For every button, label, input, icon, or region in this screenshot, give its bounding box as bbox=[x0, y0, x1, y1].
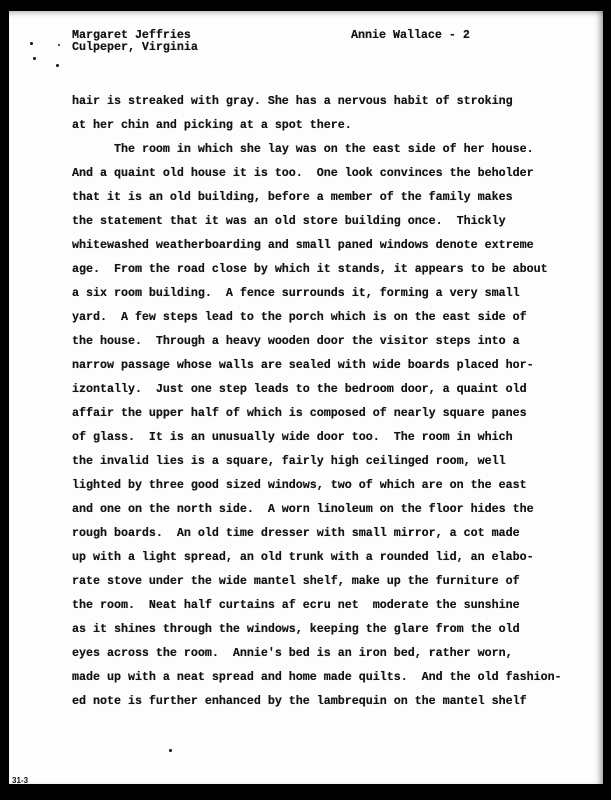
body-line: the house. Through a heavy wooden door t… bbox=[72, 335, 520, 347]
ink-speck bbox=[58, 44, 60, 46]
body-line: ed note is further enhanced by the lambr… bbox=[72, 695, 527, 707]
body-line: rate stove under the wide mantel shelf, … bbox=[72, 575, 520, 587]
body-line: And a quaint old house it is too. One lo… bbox=[72, 167, 534, 179]
body-line: age. From the road close by which it sta… bbox=[72, 263, 548, 275]
ink-speck bbox=[169, 749, 172, 752]
body-line: the invalid lies is a square, fairly hig… bbox=[72, 455, 506, 467]
body-line: lighted by three good sized windows, two… bbox=[72, 479, 527, 491]
body-line: the statement that it was an old store b… bbox=[72, 215, 506, 227]
ink-speck bbox=[33, 57, 36, 60]
body-line: izontally. Just one step leads to the be… bbox=[72, 383, 527, 395]
body-line: affair the upper half of which is compos… bbox=[72, 407, 527, 419]
ink-speck bbox=[30, 42, 33, 45]
ink-speck bbox=[56, 64, 59, 67]
page-code: 31-3 bbox=[12, 776, 28, 785]
body-line: that it is an old building, before a mem… bbox=[72, 191, 513, 203]
body-line: hair is streaked with gray. She has a ne… bbox=[72, 95, 513, 107]
body-line: up with a light spread, an old trunk wit… bbox=[72, 551, 534, 563]
document-page: Margaret Jeffries Culpeper, Virginia Ann… bbox=[9, 11, 603, 784]
subject-page-heading: Annie Wallace - 2 bbox=[351, 29, 470, 41]
body-line: the room. Neat half curtains af ecru net… bbox=[72, 599, 520, 611]
body-line: made up with a neat spread and home made… bbox=[72, 671, 562, 683]
body-line: a six room building. A fence surrounds i… bbox=[72, 287, 520, 299]
body-line: and one on the north side. A worn linole… bbox=[72, 503, 534, 515]
body-line: narrow passage whose walls are sealed wi… bbox=[72, 359, 534, 371]
body-line: as it shines through the windows, keepin… bbox=[72, 623, 520, 635]
author-location: Culpeper, Virginia bbox=[72, 41, 198, 53]
body-line: of glass. It is an unusually wide door t… bbox=[72, 431, 513, 443]
body-line: rough boards. An old time dresser with s… bbox=[72, 527, 520, 539]
body-line: The room in which she lay was on the eas… bbox=[86, 143, 534, 155]
body-line: eyes across the room. Annie's bed is an … bbox=[72, 647, 513, 659]
body-line: whitewashed weatherboarding and small pa… bbox=[72, 239, 534, 251]
body-line: yard. A few steps lead to the porch whic… bbox=[72, 311, 527, 323]
body-line: at her chin and picking at a spot there. bbox=[72, 119, 352, 131]
